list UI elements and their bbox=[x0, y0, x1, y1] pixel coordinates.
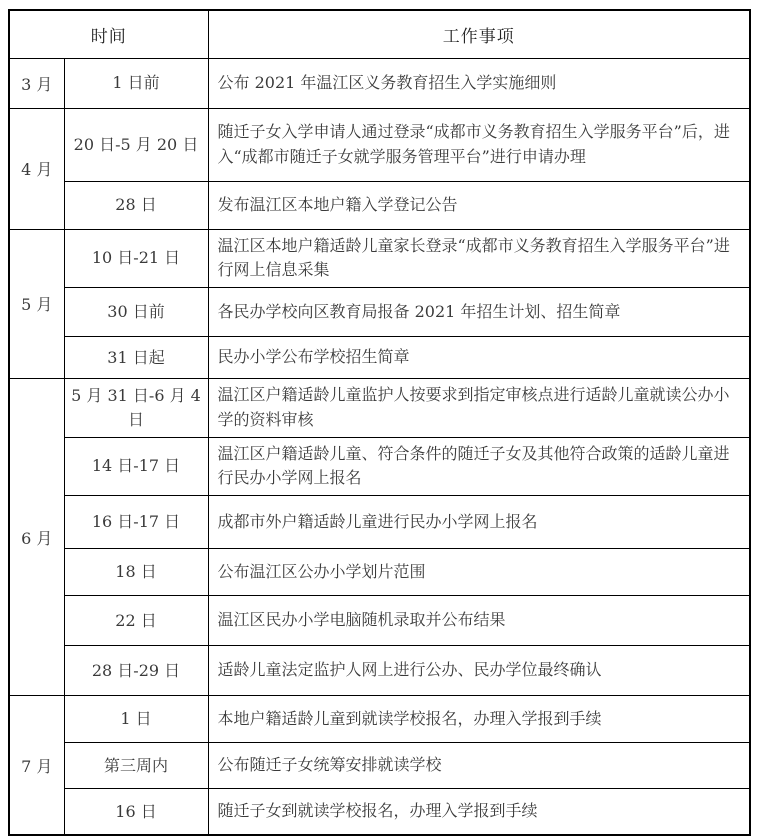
table-row: 3 月1 日前公布 2021 年温江区义务教育招生入学实施细则 bbox=[9, 58, 750, 108]
date-cell: 28 日 bbox=[64, 181, 208, 229]
date-cell: 1 日前 bbox=[64, 58, 208, 108]
task-cell: 成都市外户籍适龄儿童进行民办小学网上报名 bbox=[208, 496, 750, 549]
table-row: 5 月10 日-21 日温江区本地户籍适龄儿童家长登录“成都市义务教育招生入学服… bbox=[9, 229, 750, 288]
date-cell: 第三周内 bbox=[64, 743, 208, 789]
table-row: 4 月20 日-5 月 20 日随迁子女入学申请人通过登录“成都市义务教育招生入… bbox=[9, 108, 750, 181]
date-cell: 30 日前 bbox=[64, 288, 208, 337]
date-cell: 10 日-21 日 bbox=[64, 229, 208, 288]
schedule-table: 时间 工作事项 3 月1 日前公布 2021 年温江区义务教育招生入学实施细则4… bbox=[8, 9, 751, 836]
task-cell: 温江区本地户籍适龄儿童家长登录“成都市义务教育招生入学服务平台”进行网上信息采集 bbox=[208, 229, 750, 288]
date-cell: 16 日-17 日 bbox=[64, 496, 208, 549]
task-cell: 发布温江区本地户籍入学登记公告 bbox=[208, 181, 750, 229]
table-row: 31 日起民办小学公布学校招生简章 bbox=[9, 337, 750, 379]
date-cell: 16 日 bbox=[64, 789, 208, 835]
task-column-header: 工作事项 bbox=[208, 10, 750, 58]
date-cell: 31 日起 bbox=[64, 337, 208, 379]
task-cell: 随迁子女到就读学校报名，办理入学报到手续 bbox=[208, 789, 750, 835]
task-cell: 民办小学公布学校招生简章 bbox=[208, 337, 750, 379]
task-cell: 公布 2021 年温江区义务教育招生入学实施细则 bbox=[208, 58, 750, 108]
task-cell: 公布温江区公办小学划片范围 bbox=[208, 549, 750, 596]
document-page: 时间 工作事项 3 月1 日前公布 2021 年温江区义务教育招生入学实施细则4… bbox=[0, 0, 757, 831]
task-cell: 温江区户籍适龄儿童监护人按要求到指定审核点进行适龄儿童就读公办小学的资料审核 bbox=[208, 379, 750, 438]
task-cell: 适龄儿童法定监护人网上进行公办、民办学位最终确认 bbox=[208, 646, 750, 696]
month-cell: 4 月 bbox=[9, 108, 64, 229]
header-row: 时间 工作事项 bbox=[9, 10, 750, 58]
date-cell: 28 日-29 日 bbox=[64, 646, 208, 696]
date-cell: 14 日-17 日 bbox=[64, 437, 208, 496]
table-row: 16 日-17 日成都市外户籍适龄儿童进行民办小学网上报名 bbox=[9, 496, 750, 549]
date-cell: 22 日 bbox=[64, 596, 208, 646]
table-row: 14 日-17 日温江区户籍适龄儿童、符合条件的随迁子女及其他符合政策的适龄儿童… bbox=[9, 437, 750, 496]
time-column-header: 时间 bbox=[9, 10, 208, 58]
task-cell: 公布随迁子女统筹安排就读学校 bbox=[208, 743, 750, 789]
date-cell: 18 日 bbox=[64, 549, 208, 596]
task-cell: 本地户籍适龄儿童到就读学校报名，办理入学报到手续 bbox=[208, 696, 750, 743]
task-cell: 各民办学校向区教育局报备 2021 年招生计划、招生简章 bbox=[208, 288, 750, 337]
table-row: 18 日公布温江区公办小学划片范围 bbox=[9, 549, 750, 596]
table-row: 28 日-29 日适龄儿童法定监护人网上进行公办、民办学位最终确认 bbox=[9, 646, 750, 696]
task-cell: 温江区户籍适龄儿童、符合条件的随迁子女及其他符合政策的适龄儿童进行民办小学网上报… bbox=[208, 437, 750, 496]
date-cell: 20 日-5 月 20 日 bbox=[64, 108, 208, 181]
date-cell: 5 月 31 日-6 月 4 日 bbox=[64, 379, 208, 438]
table-row: 22 日温江区民办小学电脑随机录取并公布结果 bbox=[9, 596, 750, 646]
schedule-body: 3 月1 日前公布 2021 年温江区义务教育招生入学实施细则4 月20 日-5… bbox=[9, 58, 750, 835]
month-cell: 5 月 bbox=[9, 229, 64, 379]
month-cell: 7 月 bbox=[9, 696, 64, 835]
task-cell: 随迁子女入学申请人通过登录“成都市义务教育招生入学服务平台”后，进入“成都市随迁… bbox=[208, 108, 750, 181]
table-row: 7 月1 日本地户籍适龄儿童到就读学校报名，办理入学报到手续 bbox=[9, 696, 750, 743]
table-row: 第三周内公布随迁子女统筹安排就读学校 bbox=[9, 743, 750, 789]
month-cell: 3 月 bbox=[9, 58, 64, 108]
table-row: 30 日前各民办学校向区教育局报备 2021 年招生计划、招生简章 bbox=[9, 288, 750, 337]
month-cell: 6 月 bbox=[9, 379, 64, 696]
date-cell: 1 日 bbox=[64, 696, 208, 743]
task-cell: 温江区民办小学电脑随机录取并公布结果 bbox=[208, 596, 750, 646]
table-row: 16 日随迁子女到就读学校报名，办理入学报到手续 bbox=[9, 789, 750, 835]
table-row: 28 日发布温江区本地户籍入学登记公告 bbox=[9, 181, 750, 229]
table-row: 6 月5 月 31 日-6 月 4 日温江区户籍适龄儿童监护人按要求到指定审核点… bbox=[9, 379, 750, 438]
